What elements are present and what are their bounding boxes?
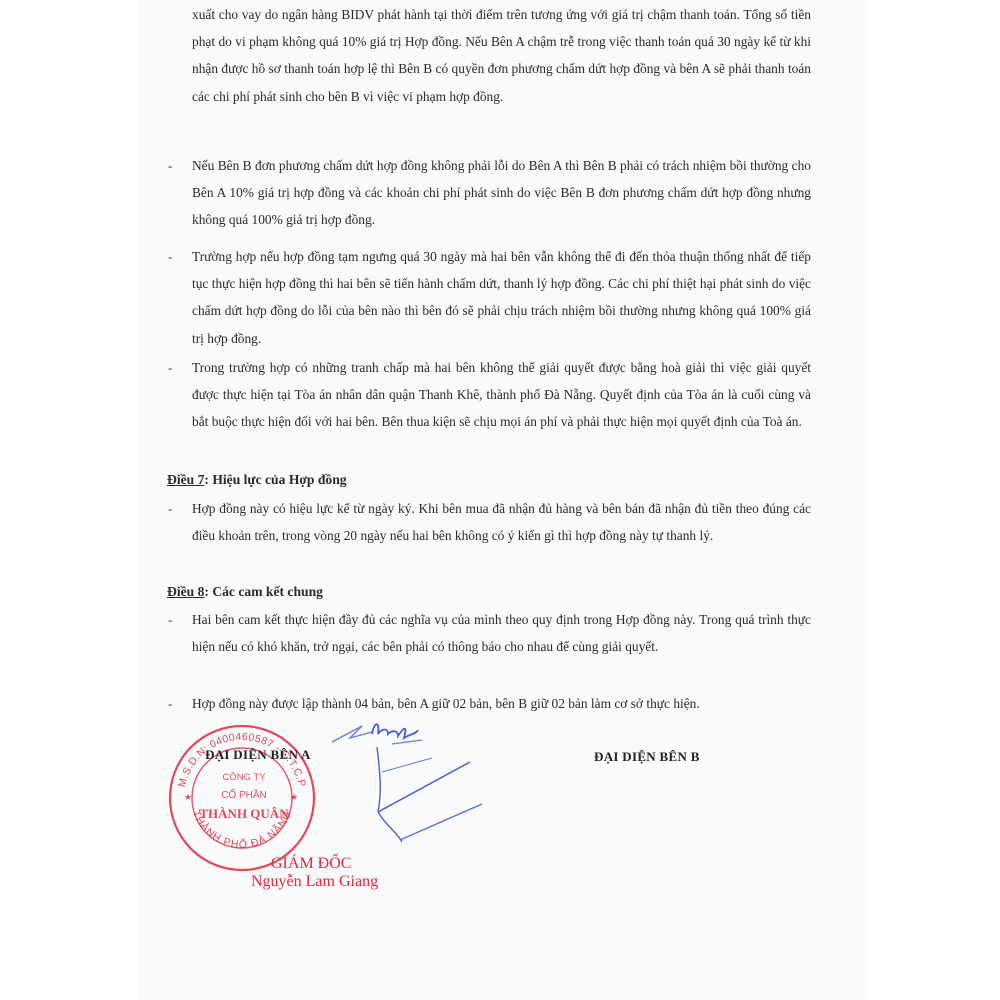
signature [232,712,492,862]
bullet-text: Nếu Bên B đơn phương chấm dứt hợp đồng k… [192,152,811,234]
section-7-title: : Hiệu lực của Hợp đồng [204,472,346,487]
section-7-heading: Điều 7: Hiệu lực của Hợp đồng [167,470,347,490]
bullet-text: Trong trường hợp có những tranh chấp mà … [192,354,811,436]
section-8-label: Điều 8 [167,584,204,599]
stamp-star-icon: ★ [184,792,192,802]
section-7-label: Điều 7 [167,472,204,487]
bullet-marker: - [168,690,172,717]
party-b-title: ĐẠI DIỆN BÊN B [594,749,700,765]
bullet-marker: - [168,495,172,522]
party-a-position: GIÁM ĐỐC [271,855,351,873]
section-8-heading: Điều 8: Các cam kết chung [167,582,323,602]
section-8-title: : Các cam kết chung [204,584,323,599]
document-page: xuất cho vay do ngân hàng BIDV phát hành… [137,0,865,1000]
bullet-marker: - [168,606,172,633]
intro-paragraph: xuất cho vay do ngân hàng BIDV phát hành… [192,1,811,110]
bullet-text: Hai bên cam kết thực hiện đầy đủ các ngh… [192,606,811,660]
bullet-marker: - [168,243,172,270]
bullet-marker: - [168,354,172,381]
bullet-marker: - [168,152,172,179]
bullet-text: Trường hợp nếu hợp đồng tạm ngưng quá 30… [192,243,811,352]
bullet-text: Hợp đồng này có hiệu lực kể từ ngày ký. … [192,495,811,549]
party-a-name: Nguyễn Lam Giang [251,873,378,891]
